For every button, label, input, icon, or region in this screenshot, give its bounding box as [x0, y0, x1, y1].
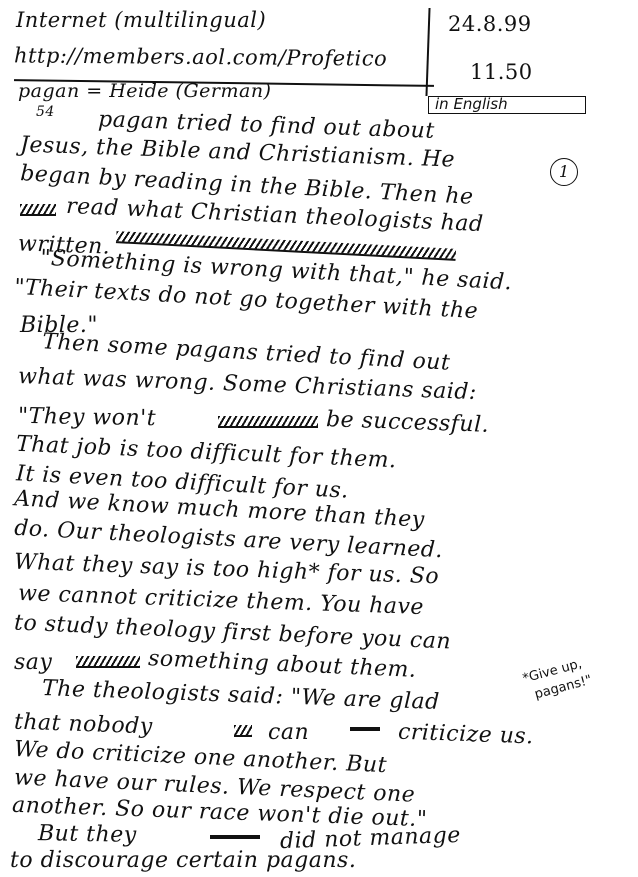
crossed-out-word [218, 416, 318, 428]
text-line: something about them. [148, 646, 417, 683]
crossed-out-word [210, 835, 260, 839]
text-line: The theologists said: "We are glad [42, 676, 440, 715]
text-line: be successful. [326, 407, 490, 438]
crossed-out-word [350, 727, 380, 731]
header-divider [425, 8, 430, 96]
header-title: Internet (multilingual) [16, 8, 266, 32]
scanned-handwritten-page: Internet (multilingual) http://members.a… [0, 0, 638, 877]
header-time: 11.50 [470, 60, 533, 84]
header-url: http://members.aol.com/Profetico [14, 43, 387, 70]
header-date: 24.8.99 [448, 12, 532, 36]
crossed-out-word [234, 725, 252, 737]
page-number-circle: 1 [550, 158, 578, 186]
text-line: criticize us. [398, 720, 534, 750]
paragraph-mark: 54 [36, 104, 55, 120]
text-line: "They won't [18, 404, 156, 431]
header-gloss: pagan = Heide (German) [18, 80, 271, 102]
text-line: to discourage certain pagans. [10, 848, 356, 873]
crossed-out-word [76, 656, 140, 668]
text-line: can [268, 720, 309, 745]
text-line: that nobody [14, 710, 154, 740]
language-label: in English [435, 95, 508, 113]
text-line: say [14, 650, 52, 675]
text-line: But they [38, 821, 137, 848]
crossed-out-word [20, 204, 56, 216]
language-box: in English [428, 96, 586, 114]
